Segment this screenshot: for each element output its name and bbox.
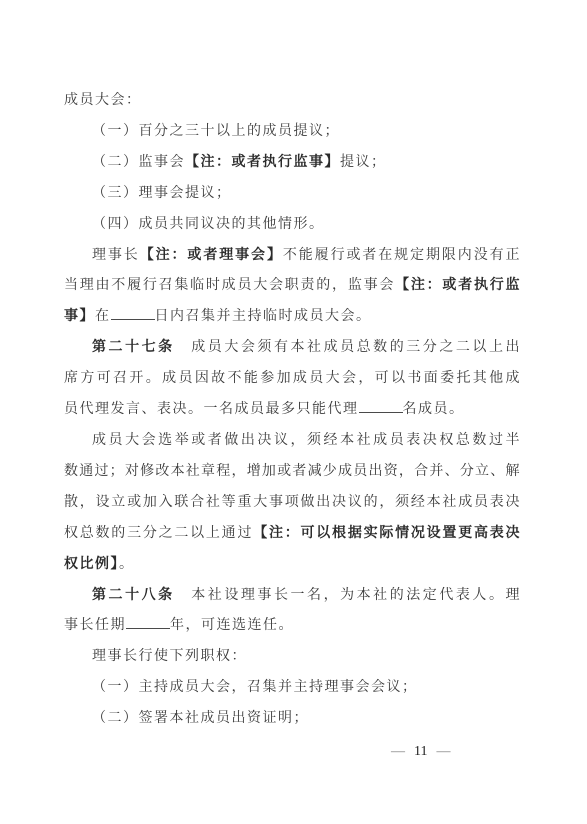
body-text: 在	[95, 309, 111, 324]
text-line: 第二十八条 本社设理事长一名，为本社的法定代表人。理	[64, 581, 520, 612]
body-text: （二）签署本社成员出资证明；	[92, 711, 309, 726]
text-line: （一）主持成员大会，召集并主持理事会会议；	[64, 673, 520, 704]
text-line: （二）签署本社成员出资证明；	[64, 704, 520, 735]
body-text: 散，设立或加入联合社等重大事项做出决议的，须经本社成员表决	[64, 495, 520, 510]
text-line: 数通过；对修改本社章程，增加或者减少成员出资，合并、分立、解	[64, 457, 520, 488]
footer-dash-right: —	[436, 744, 450, 760]
body-text: 员代理发言、表决。一名成员最多只能代理	[64, 402, 359, 417]
body-text: 理事长	[92, 248, 140, 263]
body-text: （三）理事会提议；	[92, 186, 232, 201]
bold-note-text: 事】	[64, 309, 95, 324]
footer-page-number: 11	[414, 744, 427, 760]
body-text: 日内召集并主持临时成员大会。	[155, 309, 372, 324]
text-line: 成员大会：	[64, 86, 520, 117]
text-line: 员代理发言、表决。一名成员最多只能代理名成员。	[64, 395, 520, 426]
text-line: 事】在日内召集并主持临时成员大会。	[64, 302, 520, 333]
body-text: 事长任期	[64, 618, 126, 633]
bold-note-text: 第二十八条	[92, 588, 175, 603]
body-text: 权总数的三分之二以上通过	[64, 526, 253, 541]
text-line: （三）理事会提议；	[64, 179, 520, 210]
fill-in-blank	[126, 623, 170, 629]
body-text: 当理由不履行召集临时成员大会职责的，监事会	[64, 278, 395, 293]
body-text: 理事长行使下列职权：	[92, 649, 247, 664]
body-text: （二）监事会	[92, 155, 185, 170]
body-text: （四）成员共同议决的其他情形。	[92, 217, 325, 232]
text-line: （二）监事会【注：或者执行监事】提议；	[64, 148, 520, 179]
page-footer: — 11 —	[391, 744, 450, 760]
body-text: 成员大会须有本社成员总数的三分之二以上出	[175, 340, 520, 355]
text-line: （四）成员共同议决的其他情形。	[64, 210, 520, 241]
body-text: 成员大会：	[64, 93, 142, 108]
text-line: 权总数的三分之二以上通过【注：可以根据实际情况设置更高表决	[64, 519, 520, 550]
bold-note-text: 【注：或者执行监	[395, 278, 520, 293]
text-line: 第二十七条 成员大会须有本社成员总数的三分之二以上出	[64, 333, 520, 364]
text-line: 事长任期年，可连选连任。	[64, 611, 520, 642]
text-line: 席方可召开。成员因故不能参加成员大会，可以书面委托其他成	[64, 364, 520, 395]
bold-note-text: 【注：或者理事会】	[140, 248, 283, 263]
bold-note-text: 【注：或者执行监事】	[185, 155, 340, 170]
body-text: 提议；	[340, 155, 387, 170]
bold-note-text: 【注：可以根据实际情况设置更高表决	[253, 526, 520, 541]
text-line: 权比例】。	[64, 550, 520, 581]
body-text: （一）百分之三十以上的成员提议；	[92, 124, 340, 139]
text-line: 当理由不履行召集临时成员大会职责的，监事会【注：或者执行监	[64, 271, 520, 302]
fill-in-blank	[111, 314, 155, 320]
body-text: 。	[119, 557, 135, 572]
text-line: 成员大会选举或者做出决议，须经本社成员表决权总数过半	[64, 426, 520, 457]
fill-in-blank	[359, 407, 403, 413]
body-text: 不能履行或者在规定期限内没有正	[283, 248, 520, 263]
footer-dash-left: —	[391, 744, 405, 760]
body-text: 本社设理事长一名，为本社的法定代表人。理	[175, 588, 520, 603]
document-page: 成员大会：（一）百分之三十以上的成员提议；（二）监事会【注：或者执行监事】提议；…	[0, 0, 587, 824]
body-text: 成员大会选举或者做出决议，须经本社成员表决权总数过半	[92, 433, 520, 448]
text-line: 散，设立或加入联合社等重大事项做出决议的，须经本社成员表决	[64, 488, 520, 519]
body-text: 名成员。	[403, 402, 465, 417]
body-text: 年，可连选连任。	[170, 618, 294, 633]
text-line: 理事长【注：或者理事会】不能履行或者在规定期限内没有正	[64, 241, 520, 272]
document-body: 成员大会：（一）百分之三十以上的成员提议；（二）监事会【注：或者执行监事】提议；…	[64, 86, 520, 735]
body-text: 数通过；对修改本社章程，增加或者减少成员出资，合并、分立、解	[64, 464, 520, 479]
text-line: （一）百分之三十以上的成员提议；	[64, 117, 520, 148]
body-text: （一）主持成员大会，召集并主持理事会会议；	[92, 680, 418, 695]
bold-note-text: 第二十七条	[92, 340, 175, 355]
bold-note-text: 权比例】	[64, 557, 119, 572]
body-text: 席方可召开。成员因故不能参加成员大会，可以书面委托其他成	[64, 371, 520, 386]
text-line: 理事长行使下列职权：	[64, 642, 520, 673]
